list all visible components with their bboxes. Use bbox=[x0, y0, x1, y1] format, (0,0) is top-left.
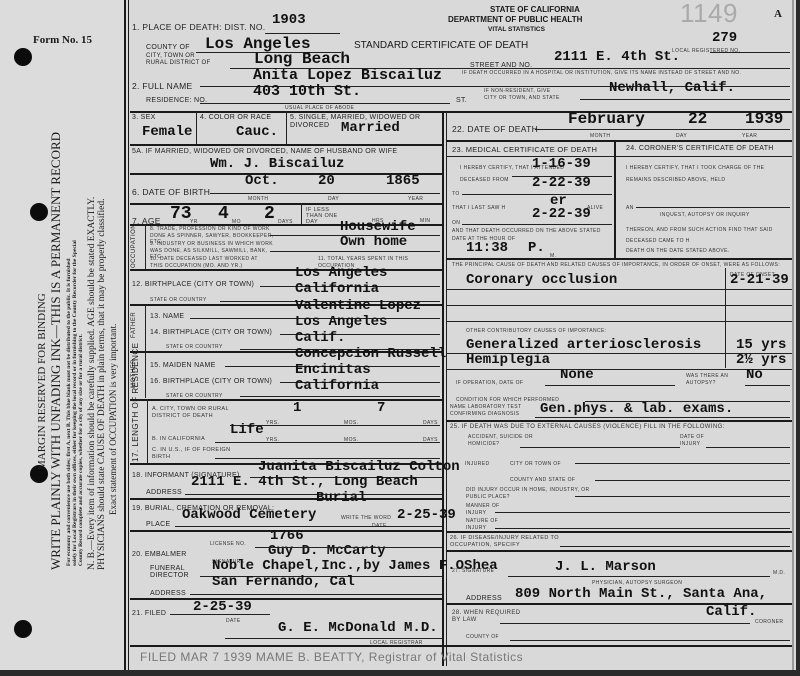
form-number: Form No. 15 bbox=[33, 34, 92, 46]
autopsy-label: Was there an autopsy? bbox=[686, 373, 736, 387]
mother-city-value: Encinitas bbox=[295, 362, 371, 378]
principal-cause-value: Coronary occlusion bbox=[466, 272, 617, 288]
informant-value: Juanita Biscailuz Colton bbox=[258, 459, 460, 475]
residence-city-label: A. City, town or rural district of death bbox=[152, 406, 252, 420]
other-causes-label: Other contributory causes of importance: bbox=[466, 328, 607, 334]
margin-reserved-text: MARGIN RESERVED FOR BINDING bbox=[36, 293, 48, 470]
operation-value: None bbox=[560, 367, 594, 383]
non-resident-city-value: Newhall, Calif. bbox=[609, 80, 735, 96]
county-of-label: County of bbox=[466, 634, 499, 640]
nature-label: Nature of injury bbox=[466, 518, 516, 532]
date-label: Date bbox=[226, 618, 241, 624]
thereon-label: thereon, and from such action find that … bbox=[626, 225, 786, 247]
state-heading: STATE OF CALIFORNIA bbox=[490, 5, 580, 14]
to-label: To bbox=[452, 191, 460, 197]
physician-address-label: Address bbox=[466, 595, 502, 602]
month-label: Month bbox=[590, 133, 610, 139]
permanent-record-text: WRITE PLAINLY WITH UNFADING INK—THIS IS … bbox=[48, 132, 64, 570]
burial-place-value: Oakwood Cemetery bbox=[182, 507, 316, 523]
operation-label: If operation, date of bbox=[456, 380, 523, 386]
coroner-certificate-label: 24. Coroner's Certificate of Death bbox=[626, 145, 774, 152]
write-word-label: Write the word bbox=[341, 515, 391, 521]
birth-month: Oct. bbox=[245, 173, 279, 189]
informant-address-label: Address bbox=[146, 489, 182, 496]
manner-label: Manner of injury bbox=[466, 503, 516, 517]
place-label: Place bbox=[146, 521, 170, 528]
father-city-value: Los Angeles bbox=[295, 314, 387, 330]
local-registrar-signature: G. E. McDonald M.D. bbox=[278, 620, 438, 636]
day-label: Day bbox=[676, 133, 687, 139]
death-day: 22 bbox=[688, 110, 707, 128]
sex-value: Female bbox=[142, 124, 192, 140]
full-name-label: 2. Full Name bbox=[132, 81, 192, 91]
residence-years: 1 bbox=[293, 400, 301, 416]
side-letter: A bbox=[774, 8, 782, 20]
burial-date-value: 2-25-39 bbox=[397, 507, 456, 523]
injury-city-label: City or town of bbox=[510, 461, 561, 467]
length-residence-side-label: 17. Length of Residence bbox=[131, 342, 140, 462]
sex-label: 3. Sex bbox=[132, 114, 156, 121]
informant-address-value: 2111 E. 4th St., Long Beach bbox=[191, 474, 418, 490]
other-cause-2: Hemiplegia bbox=[466, 352, 550, 368]
day-label: Day bbox=[328, 196, 339, 202]
father-state-value: Calif. bbox=[295, 330, 345, 346]
marital-value: Married bbox=[341, 120, 400, 136]
date-injury-label: Date of injury bbox=[680, 434, 720, 448]
punch-hole bbox=[30, 203, 48, 221]
md-label: M.D. bbox=[773, 570, 785, 576]
occupation-value: Housewife bbox=[340, 219, 416, 235]
injury-place-label: Did injury occur in home, industry, or p… bbox=[466, 487, 596, 501]
filed-stamp: FILED MAR 7 1939 MAME B. BEATTY, Registr… bbox=[140, 650, 523, 664]
full-name-value: Anita Lopez Biscailuz bbox=[253, 67, 442, 84]
birthplace-label: 12. Birthplace (city or town) bbox=[132, 281, 254, 288]
embalmer-value: Guy D. McCarty bbox=[268, 543, 386, 559]
filed-date-value: 2-25-39 bbox=[193, 599, 252, 615]
funeral-address-label: Address bbox=[150, 590, 186, 597]
funeral-address-value: San Fernando, Cal bbox=[212, 574, 355, 590]
death-year: 1939 bbox=[745, 110, 783, 128]
embalmer-label: 20. Embalmer bbox=[132, 551, 187, 558]
date-of-death-label: 22. Date of Death bbox=[452, 124, 538, 134]
street-label: Street and No. bbox=[470, 62, 532, 69]
spouse-label: 5a. If Married, Widowed or Divorced, Nam… bbox=[132, 148, 397, 155]
death-hour: 11:38 bbox=[466, 240, 508, 256]
death-certificate: Form No. 15 MARGIN RESERVED FOR BINDING … bbox=[0, 0, 796, 670]
year-label: Year bbox=[742, 133, 757, 139]
an-label: An bbox=[626, 205, 634, 211]
place-of-death-label: 1. Place of Death: Dist. No. bbox=[132, 22, 265, 32]
year-label: Year bbox=[408, 196, 423, 202]
margin-note-3: County Record complete and accurate copi… bbox=[78, 334, 84, 566]
funeral-director-label: Funeral Director bbox=[150, 565, 200, 579]
district-number: 1903 bbox=[272, 12, 306, 28]
age-months: 4 bbox=[218, 204, 229, 224]
physician-state-value: Calif. bbox=[706, 604, 756, 620]
residence-california: Life bbox=[230, 422, 264, 438]
nb-line-3: Exact statement of OCCUPATION is very im… bbox=[108, 324, 118, 515]
last-worked-label: 10. Date deceased last worked at this oc… bbox=[150, 256, 260, 269]
autopsy-value: No bbox=[746, 367, 763, 383]
state-country-label: State or Country bbox=[166, 344, 223, 350]
department-heading: DEPARTMENT OF PUBLIC HEALTH bbox=[448, 15, 582, 24]
age-years: 73 bbox=[170, 204, 192, 224]
local-registered-number: 279 bbox=[712, 30, 737, 46]
physician-signature-value: J. L. Marson bbox=[555, 559, 656, 575]
physician-signature-label: 27. Signature bbox=[452, 568, 494, 574]
punch-hole bbox=[14, 620, 32, 638]
non-resident-label: If non-resident, give city or town, and … bbox=[484, 88, 564, 102]
birth-city-value: Los Angeles bbox=[295, 265, 387, 281]
death-on-label: death on the date stated above. bbox=[626, 248, 730, 254]
st-label: St. bbox=[456, 97, 467, 104]
punch-hole bbox=[14, 48, 32, 66]
attended-from: 1-16-39 bbox=[532, 156, 591, 172]
city-label: City, Town or Rural District of bbox=[146, 53, 216, 67]
month-label: Month bbox=[248, 196, 268, 202]
birth-state-value: California bbox=[295, 281, 379, 297]
disposition-value: Burial bbox=[316, 490, 366, 506]
onset-date-value: 2-21-39 bbox=[730, 272, 789, 288]
bureau-heading: VITAL STATISTICS bbox=[488, 26, 545, 33]
in-california-label: B. In California bbox=[152, 436, 205, 442]
principal-cause-label: The principal cause of death and related… bbox=[452, 262, 782, 269]
inquest-label: Inquest, Autopsy or Inquiry bbox=[660, 212, 750, 218]
death-month: February bbox=[568, 110, 645, 128]
state-country-label: State or Country bbox=[150, 297, 207, 303]
license-number-value: 1766 bbox=[270, 528, 304, 544]
father-name-label: 13. Name bbox=[150, 313, 184, 320]
mother-birthplace-label: 16. Birthplace (city or town) bbox=[150, 378, 272, 385]
city-value: Long Beach bbox=[254, 50, 350, 68]
other-cause-2-duration: 2½ yrs bbox=[736, 352, 786, 368]
dob-label: 6. Date of Birth bbox=[132, 187, 210, 197]
lab-test-label: Name laboratory test confirming diagnosi… bbox=[450, 404, 550, 418]
margin-rule bbox=[124, 0, 126, 670]
mother-state-value: California bbox=[295, 378, 379, 394]
birth-year: 1865 bbox=[386, 173, 420, 189]
last-saw-date: 2-22-39 bbox=[532, 206, 591, 222]
on-label: On bbox=[452, 220, 460, 226]
injured-label: Injured bbox=[465, 461, 489, 467]
medical-certificate-label: 23. Medical Certificate of Death bbox=[452, 145, 597, 154]
other-cause-1-duration: 15 yrs bbox=[736, 337, 786, 353]
race-label: 4. Color or Race bbox=[200, 114, 271, 121]
other-cause-1: Generalized arteriosclerosis bbox=[466, 337, 701, 353]
spouse-value: Wm. J. Biscailuz bbox=[210, 156, 344, 172]
street-value: 2111 E. 4th St. bbox=[554, 49, 680, 65]
coroner-charge-label: I hereby certify, that I took charge of … bbox=[626, 162, 786, 186]
age-days: 2 bbox=[264, 204, 275, 224]
last-saw-label: That I last saw h bbox=[452, 205, 506, 211]
race-value: Cauc. bbox=[236, 124, 278, 140]
coroner-label: Coroner bbox=[755, 619, 783, 625]
accident-label: Accident, suicide or homicide? bbox=[468, 434, 538, 448]
filed-label: 21. Filed bbox=[132, 610, 166, 617]
residence-label: Residence: No. bbox=[146, 97, 207, 104]
mother-name-value: Concepcion Russell bbox=[295, 346, 446, 362]
maiden-name-label: 15. Maiden Name bbox=[150, 362, 216, 369]
file-stamp-number: 1149 bbox=[680, 0, 738, 29]
residence-days: 7 bbox=[377, 400, 385, 416]
hospital-note: If death occurred in a hospital or insti… bbox=[462, 70, 741, 76]
injury-county-label: County and State of bbox=[510, 477, 575, 483]
external-causes-label: 25. If death was due to external causes … bbox=[450, 424, 725, 430]
local-reg-label: Local Registered No. bbox=[672, 48, 740, 54]
death-ampm: P. bbox=[528, 240, 545, 256]
industry-value: Own home bbox=[340, 234, 407, 250]
when-required-label: 28. When required by law bbox=[452, 610, 522, 624]
nb-line-1: N. B.—Every item of information should b… bbox=[87, 197, 97, 570]
father-name-value: Valentine Lopez bbox=[295, 298, 421, 314]
lab-test-value: Gen.phys. & lab. exams. bbox=[540, 401, 733, 417]
attended-to: 2-22-39 bbox=[532, 175, 591, 191]
nb-line-2: PHYSICIANS should state CAUSE OF DEATH i… bbox=[97, 198, 107, 570]
license-label: License No. bbox=[210, 541, 246, 547]
physician-address-value: 809 North Main St., Santa Ana, bbox=[515, 586, 767, 602]
margin-rule bbox=[128, 0, 129, 670]
birth-day: 20 bbox=[318, 173, 335, 189]
residence-value: 403 10th St. bbox=[253, 83, 361, 100]
occupation-side-label: Occupation bbox=[131, 224, 137, 268]
father-birthplace-label: 14. Birthplace (city or town) bbox=[150, 329, 272, 336]
certificate-title: STANDARD CERTIFICATE OF DEATH bbox=[354, 40, 528, 51]
county-label: County of bbox=[146, 44, 190, 51]
father-side-label: Father bbox=[131, 312, 137, 338]
binding-margin: Form No. 15 MARGIN RESERVED FOR BINDING … bbox=[0, 0, 126, 670]
